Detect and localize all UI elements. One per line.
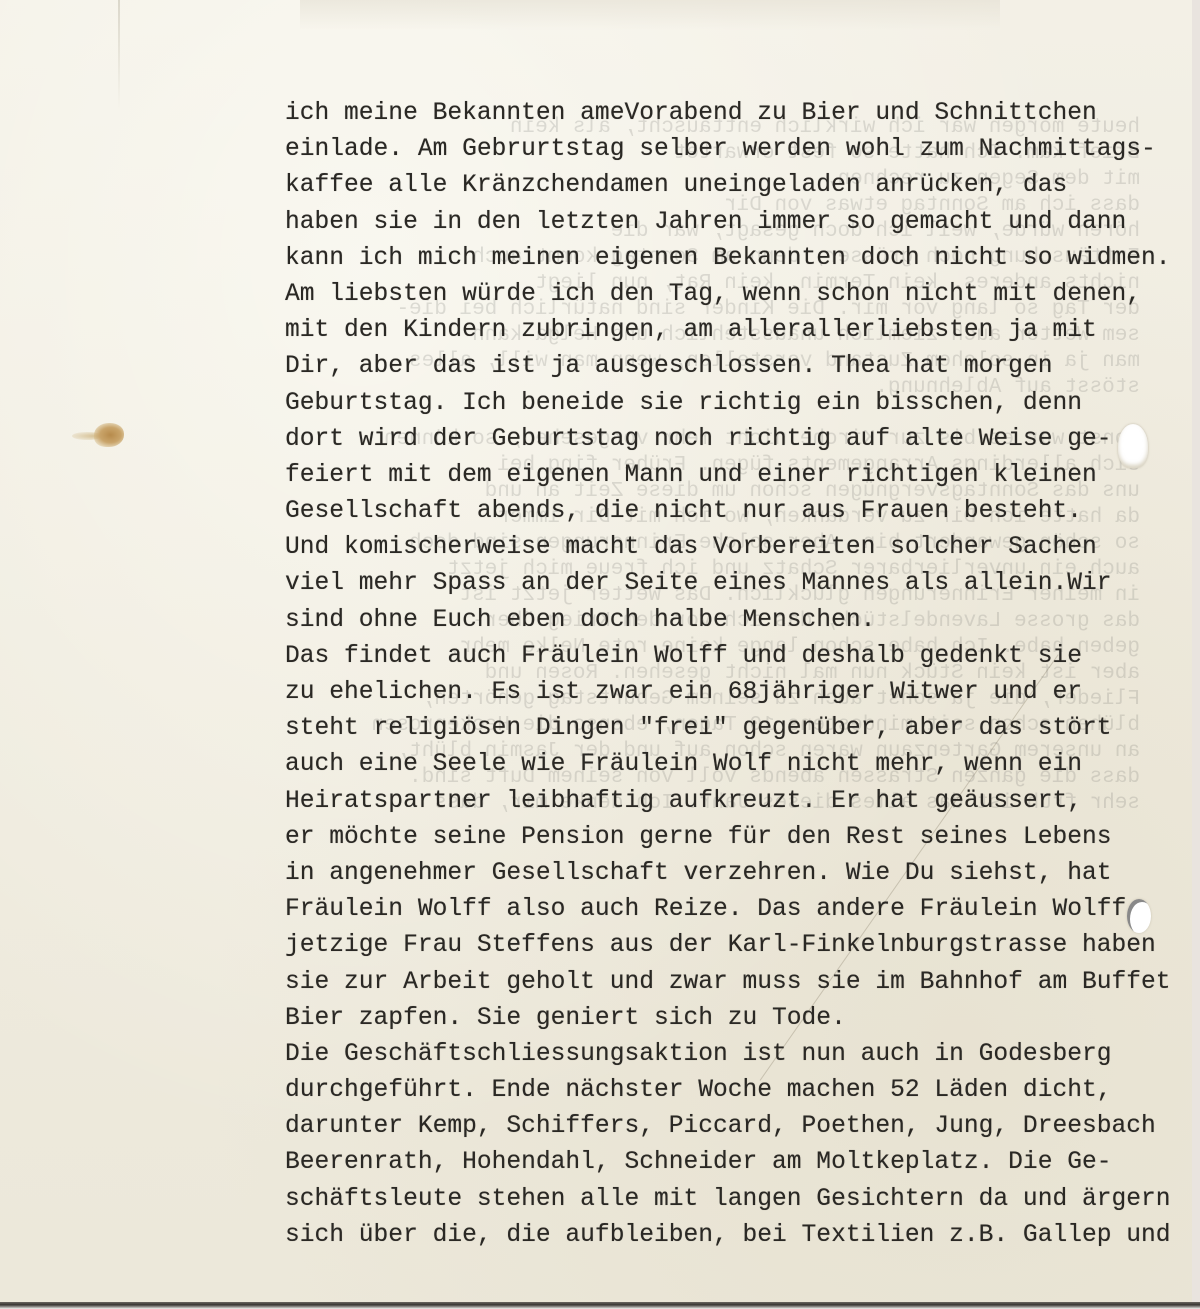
letter-line: Und komischerweise macht das Vorbereiten… <box>285 530 1185 566</box>
letter-line: ich meine Bekannten ameVorabend zu Bier … <box>285 96 1185 132</box>
paper-right-edge <box>1192 0 1200 1309</box>
letter-line: er möchte seine Pension gerne für den Re… <box>285 820 1185 856</box>
letter-line: schäftsleute stehen alle mit langen Gesi… <box>285 1182 1185 1218</box>
letter-line: Am liebsten würde ich den Tag, wenn scho… <box>285 277 1185 313</box>
letter-line: einlade. Am Gebrurtstag selber werden wo… <box>285 132 1185 168</box>
letter-line: sind ohne Euch eben doch halbe Menschen. <box>285 603 1185 639</box>
letter-line: Heiratspartner leibhaftig aufkreuzt. Er … <box>285 784 1185 820</box>
paper-bottom-edge <box>0 1302 1200 1309</box>
letter-line: Dir, aber das ist ja ausgeschlossen. The… <box>285 349 1185 385</box>
stain-mark <box>94 423 124 447</box>
letter-line: jetzige Frau Steffens aus der Karl-Finke… <box>285 928 1185 964</box>
letter-line: auch eine Seele wie Fräulein Wolf nicht … <box>285 747 1185 783</box>
letter-line: feiert mit dem eigenen Mann und einer ri… <box>285 458 1185 494</box>
letter-line: Das findet auch Fräulein Wolff und desha… <box>285 639 1185 675</box>
letter-line: viel mehr Spass an der Seite eines Manne… <box>285 566 1185 602</box>
letter-line: dort wird der Geburtstag noch richtig au… <box>285 422 1185 458</box>
letter-line: Geburtstag. Ich beneide sie richtig ein … <box>285 386 1185 422</box>
letter-line: steht religiösen Dingen "frei" gegenüber… <box>285 711 1185 747</box>
letter-line: Gesellschaft abends, die nicht nur aus F… <box>285 494 1185 530</box>
letter-line: kann ich mich meinen eigenen Bekannten d… <box>285 241 1185 277</box>
letter-line: zu ehelichen. Es ist zwar ein 68jähriger… <box>285 675 1185 711</box>
letter-line: haben sie in den letzten Jahren immer so… <box>285 205 1185 241</box>
letter-line: Beerenrath, Hohendahl, Schneider am Molt… <box>285 1145 1185 1181</box>
letter-line: in angenehmer Gesellschaft verzehren. Wi… <box>285 856 1185 892</box>
letter-line: Die Geschäftschliessungsaktion ist nun a… <box>285 1037 1185 1073</box>
letter-line: darunter Kemp, Schiffers, Piccard, Poeth… <box>285 1109 1185 1145</box>
letter-line: Fräulein Wolff also auch Reize. Das ande… <box>285 892 1185 928</box>
letter-line: Bier zapfen. Sie geniert sich zu Tode. <box>285 1001 1185 1037</box>
letter-body: ich meine Bekannten ameVorabend zu Bier … <box>285 96 1185 1254</box>
letter-line: sie zur Arbeit geholt und zwar muss sie … <box>285 965 1185 1001</box>
letter-line: sich über die, die aufbleiben, bei Texti… <box>285 1218 1185 1254</box>
letter-line: mit den Kindern zubringen, am alleraller… <box>285 313 1185 349</box>
letter-line: durchgeführt. Ende nächster Woche machen… <box>285 1073 1185 1109</box>
letter-page: heute morgen war ich wirklich enttäuscht… <box>0 0 1200 1309</box>
paper-crease-top <box>300 0 1000 30</box>
paper-crease-left <box>118 0 120 110</box>
letter-line: kaffee alle Kränzchendamen uneingeladen … <box>285 168 1185 204</box>
